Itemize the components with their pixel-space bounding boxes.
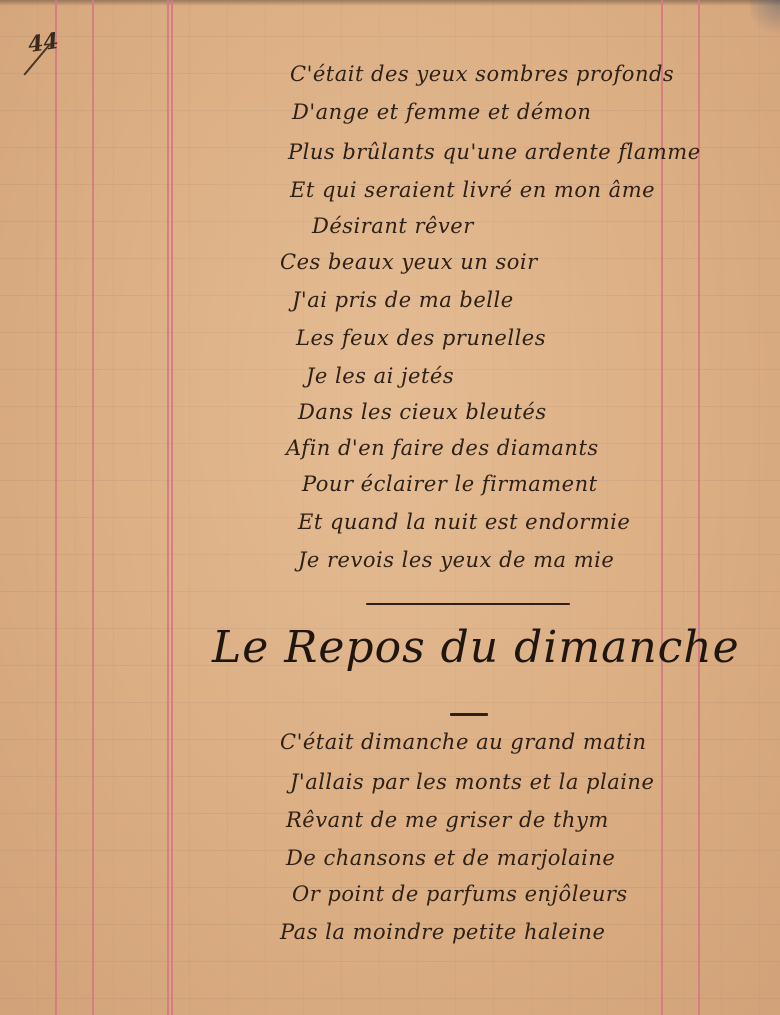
poem-line: Et qui seraient livré en mon âme: [290, 178, 655, 202]
poem-line: Pour éclairer le firmament: [302, 472, 598, 496]
margin-line: [55, 0, 57, 1015]
poem-line: Je les ai jetés: [306, 364, 454, 388]
poem-line: C'était dimanche au grand matin: [280, 730, 647, 754]
poem-line: Pas la moindre petite haleine: [280, 920, 605, 944]
poem-line: Je revois les yeux de ma mie: [298, 548, 614, 572]
section-divider: [366, 603, 570, 605]
page-top-edge: [0, 0, 780, 6]
poem-title-text: Le Repos du dimanche: [212, 622, 740, 673]
poem-line: J'ai pris de ma belle: [292, 288, 514, 312]
poem-line: Or point de parfums enjôleurs: [292, 882, 628, 906]
poem-line: Plus brûlants qu'une ardente flamme: [288, 140, 701, 164]
poem-line: Dans les cieux bleutés: [298, 400, 547, 424]
poem-line: Et quand la nuit est endormie: [298, 510, 630, 534]
poem-line: Les feux des prunelles: [296, 326, 546, 350]
page-corner: [750, 0, 780, 40]
margin-line: [171, 0, 173, 1015]
poem-line: Afin d'en faire des diamants: [286, 436, 599, 460]
page-number: 44: [26, 28, 60, 58]
notebook-page: 44 C'était des yeux sombres profonds D'a…: [0, 0, 780, 1015]
poem-line: C'était des yeux sombres profonds: [290, 62, 674, 86]
poem-line: D'ange et femme et démon: [292, 100, 591, 124]
poem-line: J'allais par les monts et la plaine: [290, 770, 654, 794]
poem-line: Rêvant de me griser de thym: [286, 808, 609, 832]
poem-title: Le Repos du dimanche: [212, 622, 740, 673]
poem-line: De chansons et de marjolaine: [286, 846, 615, 870]
poem-line: Ces beaux yeux un soir: [280, 250, 538, 274]
title-underline: [450, 713, 488, 716]
margin-line: [92, 0, 94, 1015]
poem-line: Désirant rêver: [312, 214, 474, 238]
margin-line: [167, 0, 169, 1015]
